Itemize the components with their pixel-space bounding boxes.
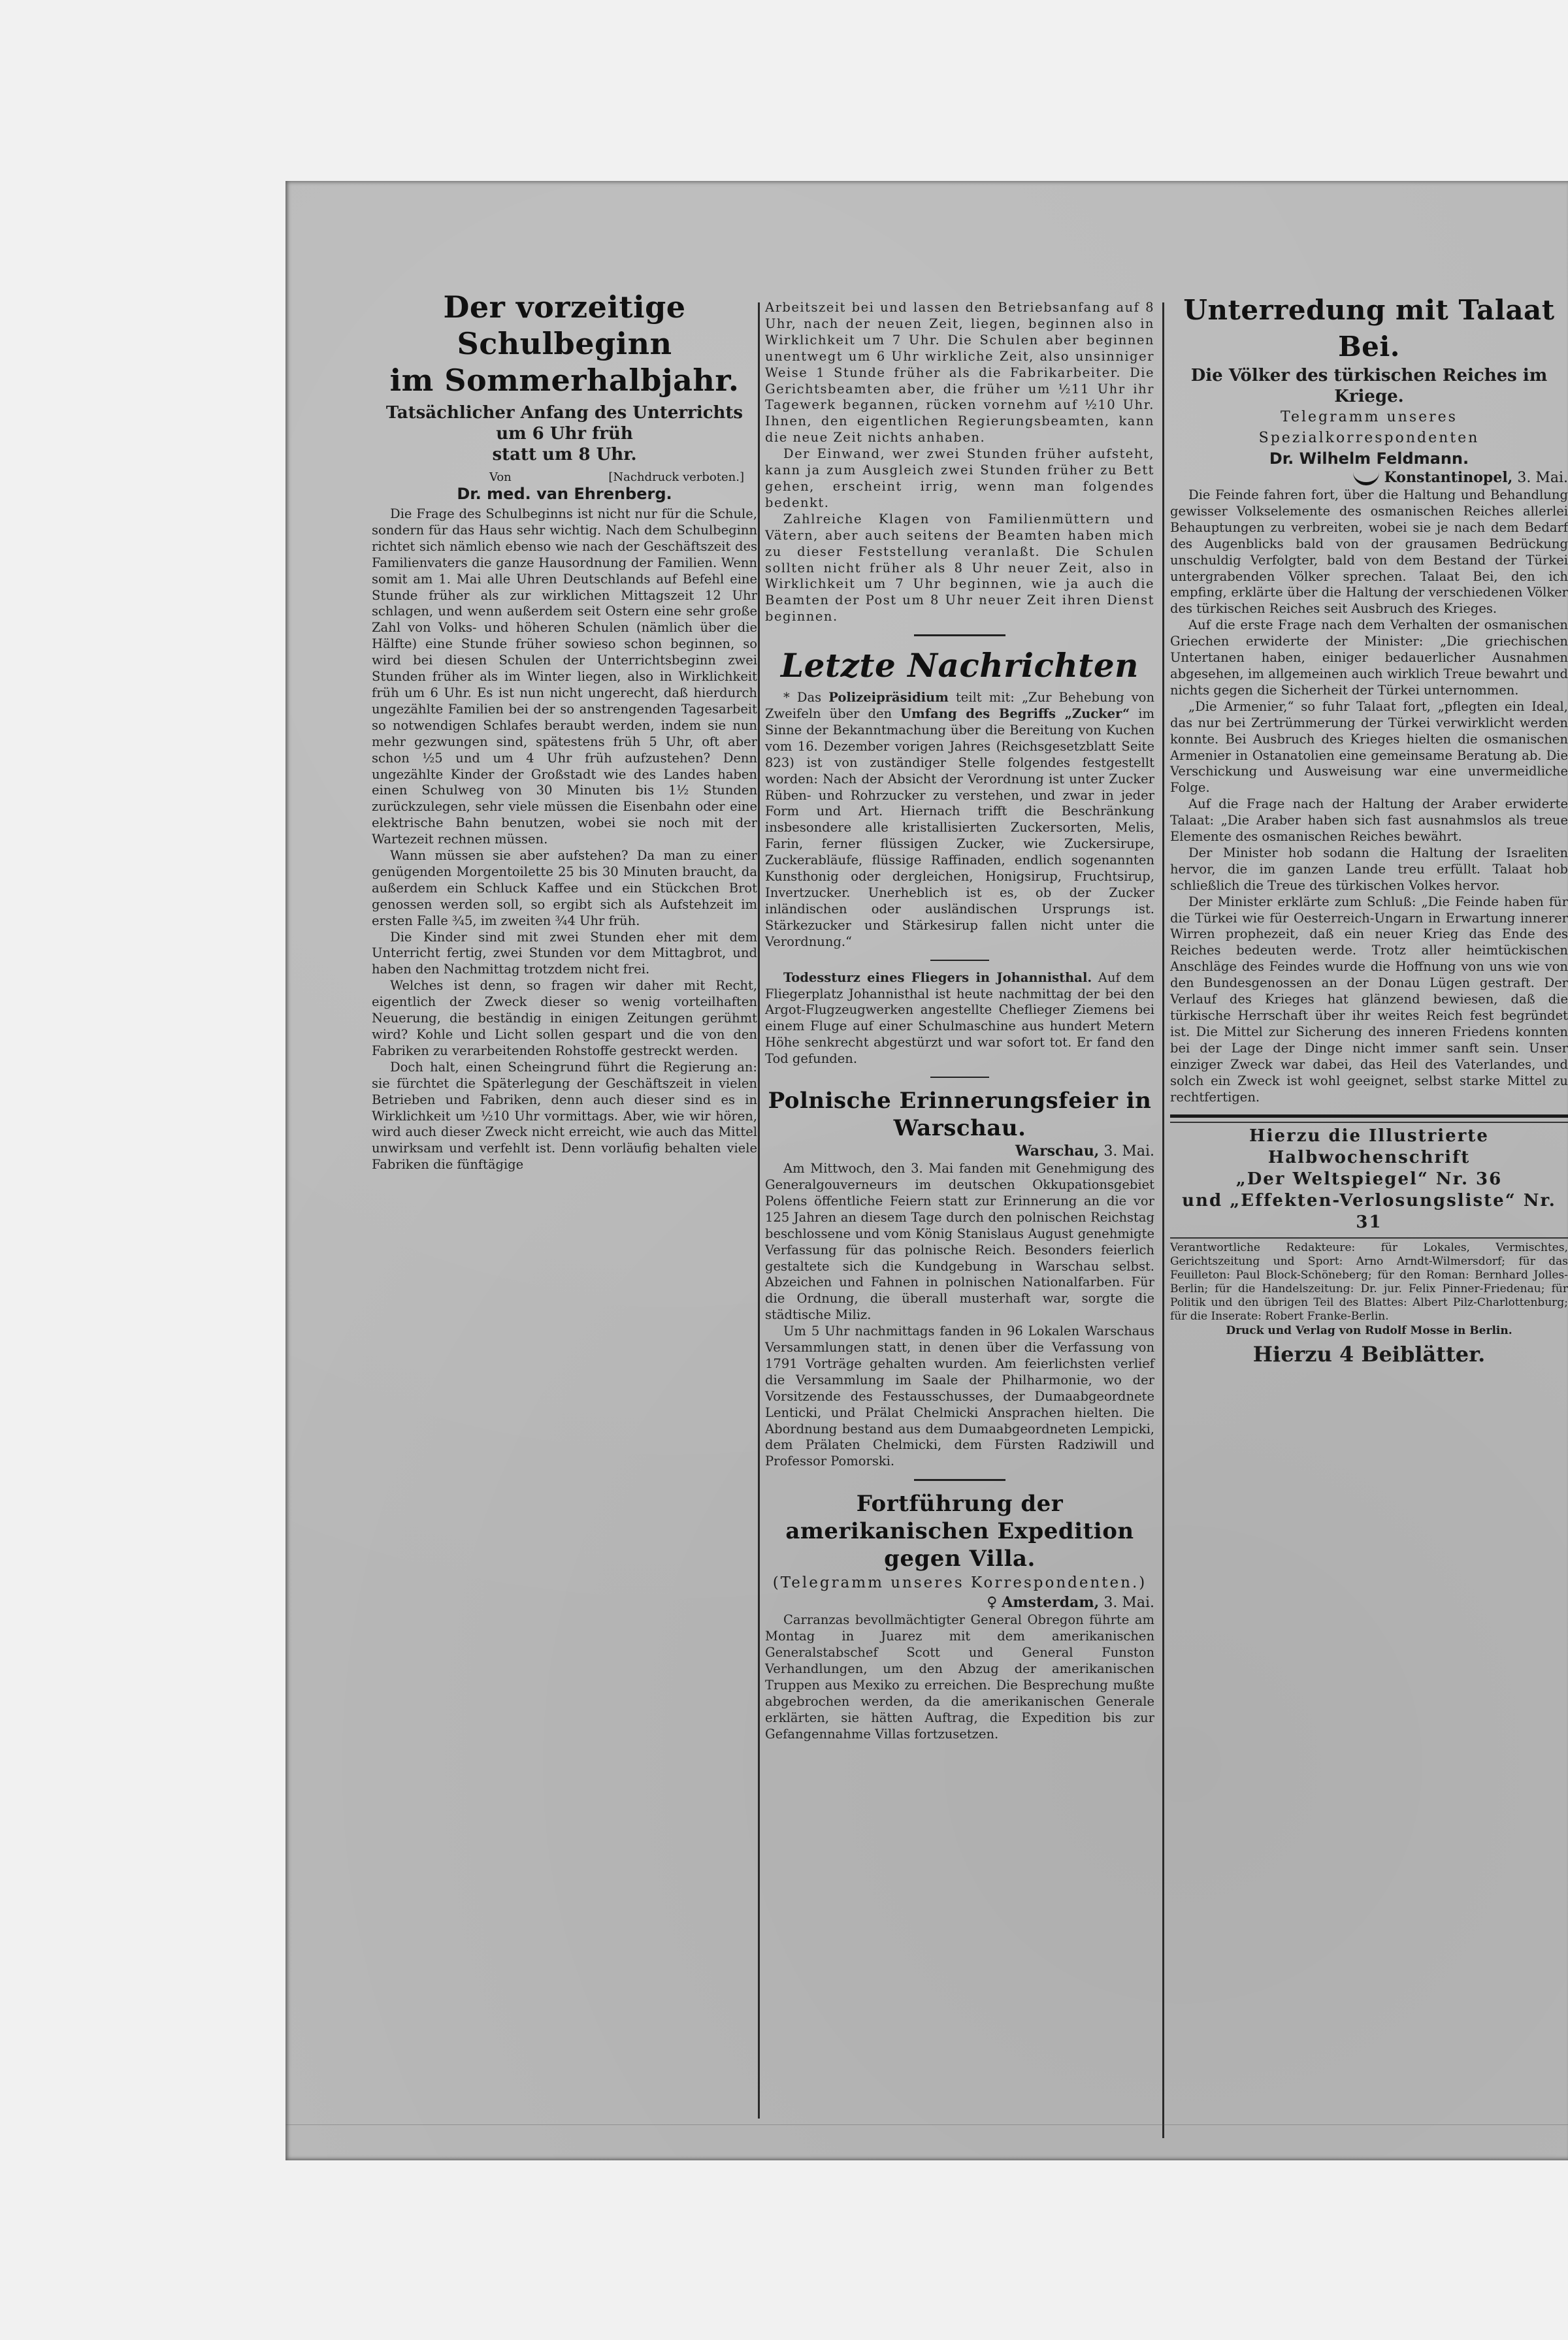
dateline-date: 3. Mai. [1103,1143,1154,1160]
newspaper-page: Der vorzeitige Schulbeginn im Sommerhalb… [286,181,1568,2160]
paragraph: Wann müssen sie aber aufstehen? Da man z… [372,848,757,930]
dateline: ♀ Amsterdam, 3. Mai. [765,1593,1154,1612]
imprint-printer: Druck und Verlag von Rudolf Mosse in Ber… [1170,1324,1568,1338]
text: im Sinne der Bekanntmachung über die Ber… [765,706,1154,949]
article-body: Die Feinde fahren fort, über die Haltung… [1170,487,1568,1105]
paragraph: Auf die erste Frage nach dem Verhalten d… [1170,617,1568,699]
supplements-count: Hierzu 4 Beiblätter. [1170,1342,1568,1367]
paragraph: Welches ist denn, so fragen wir daher mi… [372,978,757,1060]
page-fold [286,2124,1568,2125]
paragraph: Der Minister erklärte zum Schluß: „Die F… [1170,894,1568,1106]
news-item-sugar: * Das Polizeipräsidium teilt mit: „Zur B… [765,690,1154,951]
paragraph: Am Mittwoch, den 3. Mai fanden mit Geneh… [765,1161,1154,1324]
separator [914,1479,1005,1481]
paragraph: Der Einwand, wer zwei Stunden früher auf… [765,446,1154,512]
column-rule [758,302,760,2119]
article-title: gegen Villa. [765,1545,1154,1572]
paragraph: Carranzas bevollmächtigter General Obreg… [765,1612,1154,1742]
article-author: Dr. med. van Ehrenberg. [372,484,757,504]
dateline-place: Warschau, [1015,1143,1099,1160]
rule [1170,1122,1568,1123]
supplement-notice: Hierzu die Illustrierte Halbwochenschrif… [1170,1126,1568,1169]
separator [914,634,1005,636]
paragraph: Arbeitszeit bei und lassen den Betriebsa… [765,300,1154,446]
supplement-notice: und „Effekten-Verlosungsliste“ Nr. 31 [1170,1190,1568,1233]
paragraph: „Die Armenier,“ so fuhr Talaat fort, „pf… [1170,699,1568,796]
crescent-icon [1353,472,1379,485]
column-left: Der vorzeitige Schulbeginn im Sommerhalb… [372,289,757,1173]
article-title: Fortführung der amerikanischen Expeditio… [765,1490,1154,1545]
article-title: Der vorzeitige Schulbeginn [372,289,757,362]
article-continuation: Arbeitszeit bei und lassen den Betriebsa… [765,300,1154,625]
imprint-editors: Verantwortliche Redakteure: für Lokales,… [1170,1241,1568,1324]
section-title: Letzte Nachrichten [765,645,1154,686]
separator [930,1077,989,1078]
article-subtitle: Tatsächlicher Anfang des Unterrichts um … [372,402,757,444]
paragraph: Die Feinde fahren fort, über die Haltung… [1170,487,1568,617]
dateline-date: 3. Mai. [1517,470,1568,486]
dateline: Konstantinopel, 3. Mai. [1170,468,1568,487]
paragraph: Doch halt, einen Scheingrund führt die R… [372,1060,757,1173]
correspondent-mark-icon: ♀ [987,1595,997,1611]
telegram-line: Telegramm unseres Spezialkorrespondenten [1170,407,1568,449]
article-subtitle: statt um 8 Uhr. [372,444,757,465]
reprint-note: [Nachdruck verboten.] [608,470,744,484]
paragraph: Um 5 Uhr nachmittags fanden in 96 Lokale… [765,1324,1154,1470]
paragraph: Die Frage des Schulbeginns ist nicht nur… [372,506,757,848]
byline-prefix: Von [489,470,512,484]
dateline-place: Amsterdam, [1002,1594,1099,1611]
article-author: Dr. Wilhelm Feldmann. [1170,449,1568,468]
article-body: Die Frage des Schulbeginns ist nicht nur… [372,506,757,1173]
article-subtitle: Die Völker des türkischen Reiches im Kri… [1170,365,1568,407]
inline-heading: Polizeipräsidium [828,690,949,705]
rule [1170,1114,1568,1118]
article-body: Carranzas bevollmächtigter General Obreg… [765,1612,1154,1742]
inline-heading: Todessturz eines Fliegers in Johannistha… [783,970,1092,985]
supplement-notice: „Der Weltspiegel“ Nr. 36 [1170,1169,1568,1190]
article-title: Unterredung mit Talaat Bei. [1170,292,1568,365]
dateline-date: 3. Mai. [1103,1595,1154,1611]
dateline-place: Konstantinopel, [1384,469,1513,486]
paragraph: Der Minister hob sodann die Haltung der … [1170,845,1568,894]
text: Das [797,690,821,705]
column-rule [1162,302,1164,2138]
rule [1170,1237,1568,1239]
paragraph: Die Kinder sind mit zwei Stunden eher mi… [372,930,757,979]
column-right: Unterredung mit Talaat Bei. Die Völker d… [1170,292,1568,1367]
dateline: Warschau, 3. Mai. [765,1142,1154,1161]
article-body: Am Mittwoch, den 3. Mai fanden mit Geneh… [765,1161,1154,1470]
column-middle: Arbeitszeit bei und lassen den Betriebsa… [765,300,1154,1743]
news-item-crash: Todessturz eines Fliegers in Johannistha… [765,970,1154,1067]
paragraph: Zahlreiche Klagen von Familienmüttern un… [765,512,1154,625]
paragraph: Auf die Frage nach der Haltung der Arabe… [1170,796,1568,845]
separator [930,960,989,961]
article-subtitle: (Telegramm unseres Korrespondenten.) [765,1572,1154,1593]
inline-heading: Umfang des Begriffs „Zucker“ [900,706,1130,721]
article-title: im Sommerhalbjahr. [372,362,757,398]
article-title: Polnische Erinnerungsfeier in Warschau. [765,1087,1154,1142]
